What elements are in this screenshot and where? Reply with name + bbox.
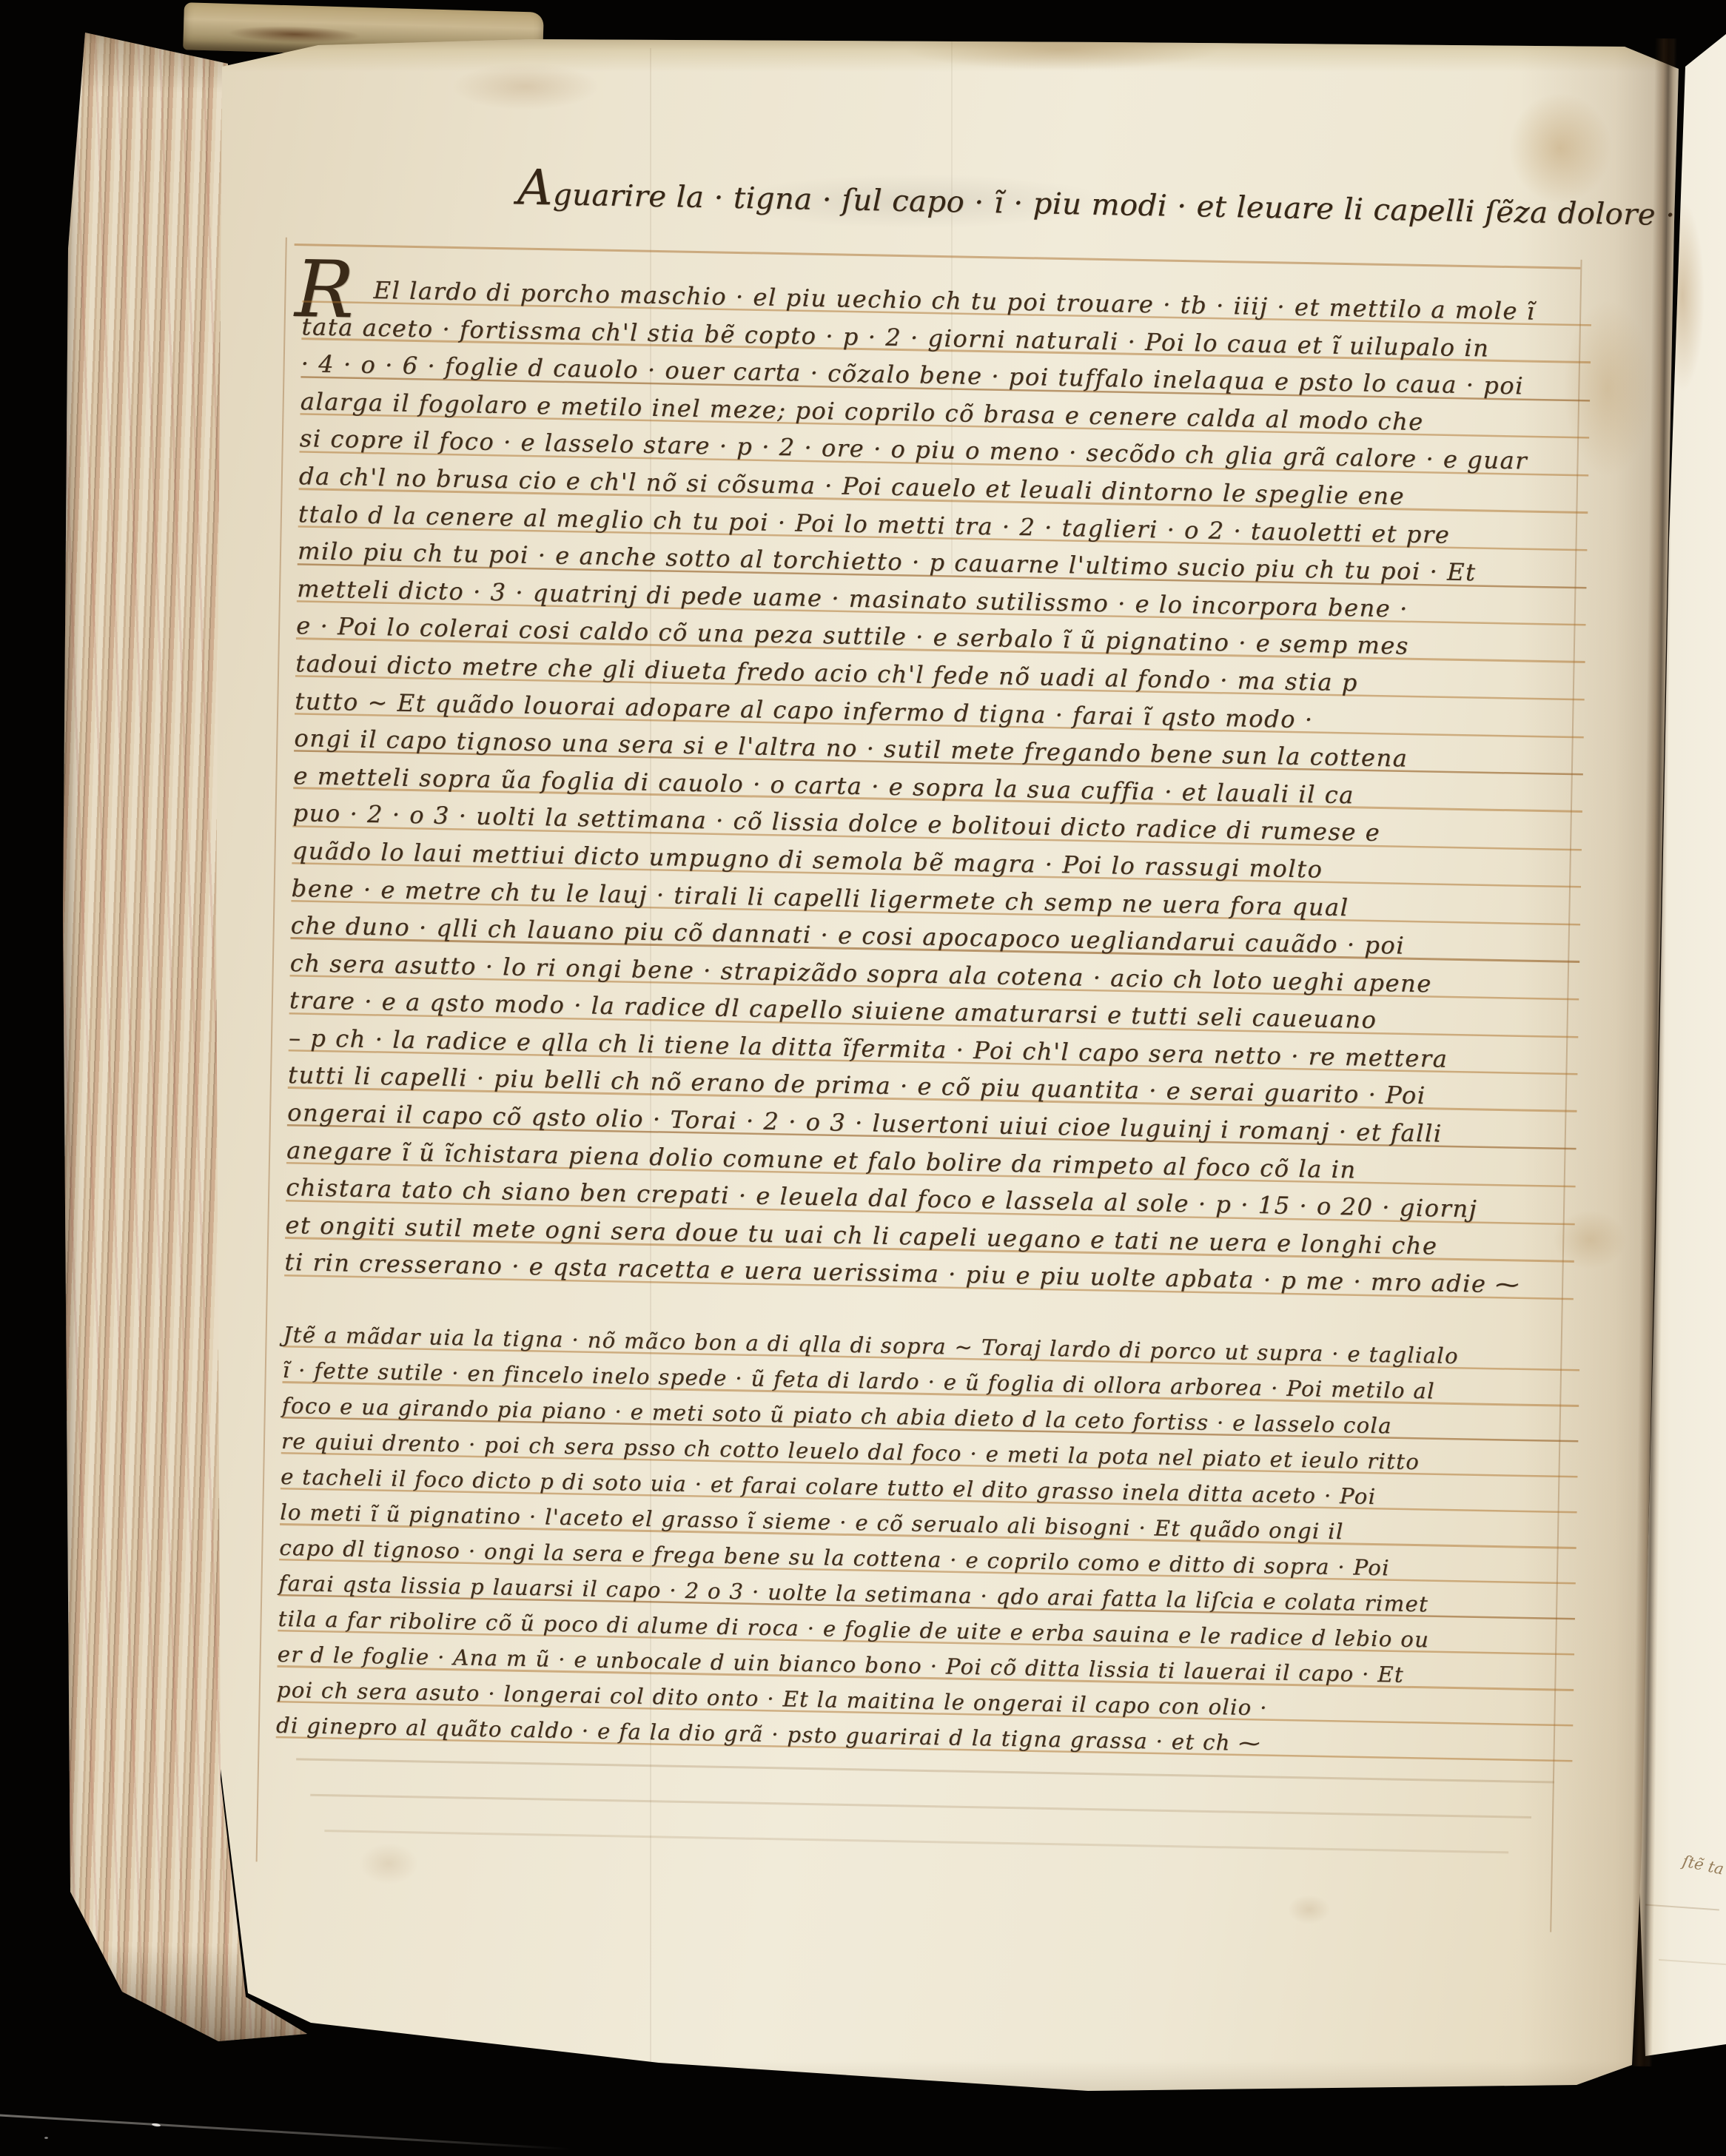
- recipe-paragraph-1: El lardo di porcho maschio · el piu uech…: [284, 270, 1592, 1305]
- dust-speck: [44, 2137, 48, 2139]
- manuscript-page: Aguarire la · tigna · ſul capo · ĩ · piu…: [215, 33, 1695, 2113]
- table-edge-line: [0, 2114, 571, 2150]
- ruled-line: [295, 244, 1581, 269]
- ruled-line: [310, 1794, 1531, 1819]
- page-stain: [903, 29, 1221, 70]
- recipe-paragraph-2: Jtẽ a mãdar uia la tigna · nõ mãco bon a…: [276, 1317, 1580, 1767]
- facing-page-ruled-line: [1659, 1959, 1726, 1965]
- facing-page-text-fragment: ſtẽ ta: [1681, 1852, 1725, 1878]
- photo-backdrop: ſtẽ ta Aguarire la · tigna · ſul capo · …: [0, 0, 1726, 2156]
- page-bottom-shading: [215, 2061, 1695, 2113]
- page-stain: [451, 63, 600, 110]
- facing-page-ruled-line: [1645, 1904, 1719, 1911]
- ruled-line: [324, 1830, 1508, 1853]
- written-text-block: Aguarire la · tigna · ſul capo · ĩ · piu…: [263, 150, 1600, 1965]
- cover-stain: [228, 24, 362, 44]
